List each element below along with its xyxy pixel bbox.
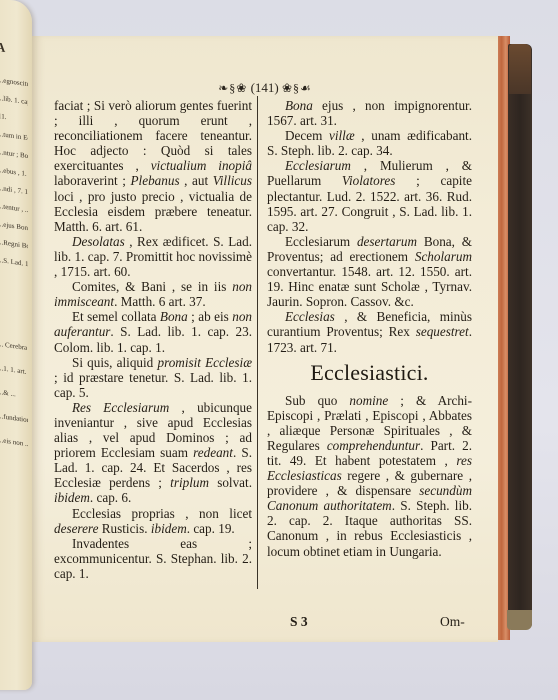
paragraph: Ecclesias proprias , non licet deserere … — [54, 506, 252, 536]
paragraph: Ecclesiarum desertarum Bona, & Proventus… — [267, 234, 472, 309]
page-number: (141) — [251, 80, 279, 95]
ornament-right-icon: ❀§☙ — [282, 81, 312, 95]
signature-mark: S 3 — [290, 614, 308, 630]
column-divider-rule — [257, 96, 258, 589]
right-column-entries: Bona ejus , non impignorentur. 1567. art… — [267, 98, 472, 355]
ornament-left-icon: ❧§❀ — [218, 81, 247, 95]
left-text-column: faciat ; Si verò aliorum gentes fuerint … — [54, 98, 252, 581]
previous-page-line: ...Regni Bona — [0, 238, 28, 251]
catchword: Om- — [440, 614, 465, 630]
paragraph: Desolatas , Rex ædificet. S. Lad. lib. 1… — [54, 234, 252, 279]
paragraph: Sub quo nomine ; & Archi-Episcopi , Præl… — [267, 393, 472, 559]
section-heading: Ecclesiastici. — [267, 359, 472, 387]
previous-page-line: ...egnoscitur ; quod — [0, 76, 28, 89]
previous-page-line: ...ebus , 1. 1. a. tab. — [0, 166, 28, 179]
previous-page-line: ...S. Lad. 1. — [0, 256, 28, 269]
paragraph: Ecclesiarum , Mulierum , & Puellarum Vio… — [267, 158, 472, 233]
right-text-column: Bona ejus , non impignorentur. 1567. art… — [267, 98, 472, 559]
paragraph: Bona ejus , non impignorentur. 1567. art… — [267, 98, 472, 128]
previous-page-line: ...1. 1. art. 31. 1587. — [0, 364, 28, 377]
page-header: ❧§❀ (141) ❀§☙ — [32, 80, 498, 96]
previous-page-line: ...& ... — [0, 388, 28, 401]
previous-page-line: ...lib. 1. cap. 1. & Cap. — [0, 94, 28, 107]
previous-page-line: ...ntur ; Bona ejus — [0, 148, 28, 161]
previous-page-line: ... Cerebra ... — [0, 340, 28, 353]
paragraph: Res Ecclesiarum , ubicunque inveniantur … — [54, 400, 252, 506]
right-column-section-text: Sub quo nomine ; & Archi-Episcopi , Præl… — [267, 393, 472, 559]
paragraph: Ecclesias , & Beneficia, minùs curantium… — [267, 309, 472, 354]
paragraph: Comites, & Bani , se in iis non immiscea… — [54, 279, 252, 309]
paragraph: Invadentes eas ; excommunicentur. S. Ste… — [54, 536, 252, 581]
book-cover-spine — [508, 44, 532, 628]
paragraph: Si quis, aliquid promisit Ecclesiæ ; id … — [54, 355, 252, 400]
book-cover-worn-bottom — [507, 610, 532, 630]
previous-page-line: ...fundationes ; — [0, 412, 28, 425]
previous-page-line: 11. — [0, 112, 28, 125]
previous-page-line: ...eis non ... — [0, 436, 28, 449]
previous-page-line: ...ejus Bona , ... — [0, 220, 28, 233]
previous-page-line: ...tum in Ecclesiis , Plu- — [0, 130, 28, 143]
previous-page-line: ...ndi , 7. 1. 4. 15. — [0, 184, 28, 197]
previous-page-line: ...tentur , ... — [0, 202, 28, 215]
previous-page-letter: A — [0, 42, 26, 55]
paragraph: Et semel collata Bona ; ab eis non aufer… — [54, 309, 252, 354]
paragraph: faciat ; Si verò aliorum gentes fuerint … — [54, 98, 252, 234]
paragraph: Decem villæ , unam ædificabant. S. Steph… — [267, 128, 472, 158]
previous-page-edge: A ...egnoscitur ; quod...lib. 1. cap. 1.… — [0, 0, 32, 690]
book-page: ❧§❀ (141) ❀§☙ faciat ; Si verò aliorum g… — [32, 36, 498, 642]
book-cover-worn-top — [509, 44, 531, 94]
